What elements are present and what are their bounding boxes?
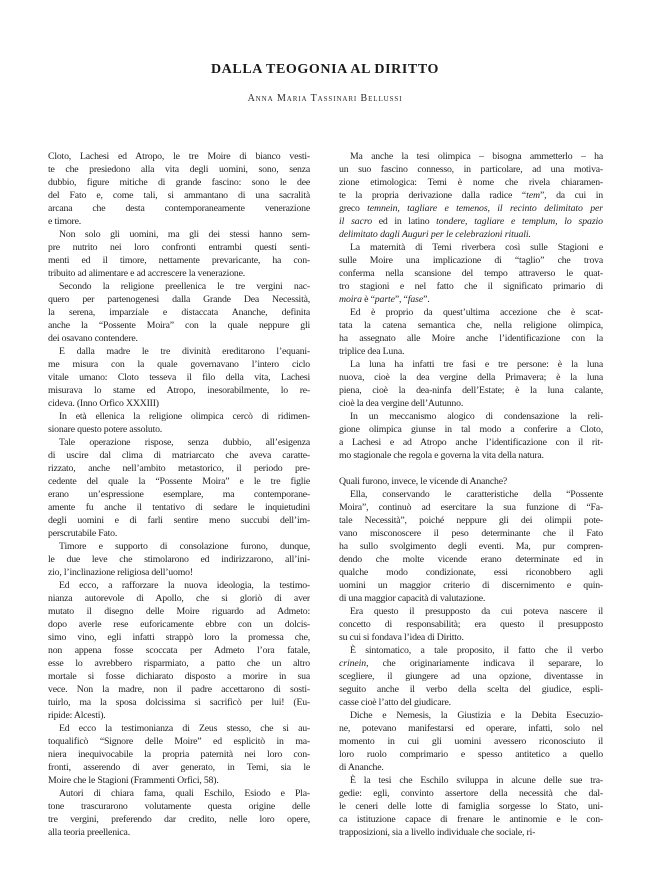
text-line: gedie: egli, convinto assertore della ne… [339, 787, 603, 800]
text-line: amente fu anche il tentativo di sedare l… [48, 501, 310, 514]
text-line: Moire che le Stagioni (Frammenti Orfici,… [48, 774, 310, 787]
text-line: tata la catena semantica che, nella reli… [339, 319, 603, 332]
page-title: DALLA TEOGONIA AL DIRITTO [0, 62, 650, 78]
text-line: cedente del quale la “Possente Moira” e … [48, 475, 310, 488]
text-line: di Ananche. [339, 761, 603, 774]
text-line: di una maggior capacità di valutazione. [339, 592, 603, 605]
text-line: ripide: Alcesti). [48, 709, 310, 722]
text-line: scegliere, il giungere ad una opzione, d… [339, 670, 603, 683]
text-line: mo stagionale che regola e governa la vi… [339, 449, 603, 462]
text-line: Ed ecco, a rafforzare la nuova ideologia… [48, 579, 310, 592]
text-line: vitale umano: Cloto tesseva il filo dell… [48, 371, 310, 384]
paragraph: Secondo la religione preellenica le tre … [48, 280, 310, 345]
text-line: e timore. [48, 215, 310, 228]
text-line: moira è “parte”, “fase”. [339, 293, 603, 306]
author-byline: Anna Maria Tassinari Bellussi [0, 93, 650, 104]
text-line: loro ruolo comprimario e spesso antiteti… [339, 748, 603, 761]
text-line: Non solo gli uomini, ma gli dei stessi h… [48, 228, 310, 241]
text-line: tone trascurarono volutamente questa ori… [48, 800, 310, 813]
paragraph: Ella, conservando le caratteristiche del… [339, 488, 603, 605]
text-line: te che presiedono alla vita degli uomini… [48, 163, 310, 176]
text-line: niera inequivocabile la propria paternit… [48, 748, 310, 761]
text-line: un suo fascino connesso, in particolare,… [339, 163, 603, 176]
paragraph: Autori di chiara fama, quali Eschilo, Es… [48, 787, 310, 839]
text-line: Moira”, continuò ad esercitare la sua fu… [339, 501, 603, 514]
text-line: momento in cui gli uomini avessero ricon… [339, 735, 603, 748]
text-line: zio, l’inclinazione religiosa dell’uomo! [48, 566, 310, 579]
text-line: È sintomatico, a tale proposito, il fatt… [339, 644, 603, 657]
text-line: gione olimpica giunse in tal modo a conf… [339, 423, 603, 436]
text-line: la serena, imparziale e distaccata Ananc… [48, 306, 310, 319]
text-line: qualche modo condizionate, essi riconobb… [339, 566, 603, 579]
text-line: simo vino, egli infatti strappò loro la … [48, 631, 310, 644]
text-line: su cui si fondava l’idea di Diritto. [339, 631, 603, 644]
text-line: cioè la dea vergine dell’Autunno. [339, 397, 603, 410]
paragraph: La maternità di Temi riverbera così sull… [339, 241, 603, 306]
text-line: tre vergini, preferendo dar credito, nel… [48, 813, 310, 826]
text-line: La luna ha infatti tre fasi e tre person… [339, 358, 603, 371]
paragraph: E dalla madre le tre divinità ereditaron… [48, 345, 310, 410]
text-line: Timore e supporto di consolazione furono… [48, 540, 310, 553]
paragraph: In un meccanismo alogico di condensazion… [339, 410, 603, 462]
text-line: Cloto, Lachesi ed Atropo, le tre Moire d… [48, 150, 310, 163]
text-line: degli uomini e di farli sentire meno suc… [48, 514, 310, 527]
text-line: sionare questo potere assoluto. [48, 423, 310, 436]
text-line: trapposizioni, sia a livello individuale… [339, 826, 603, 839]
text-line: pre nutrito nei loro confronti entrambi … [48, 241, 310, 254]
text-line: arcana che desta contemporaneamente vene… [48, 202, 310, 215]
text-line: Quali furono, invece, le vicende di Anan… [339, 475, 603, 488]
text-line: E dalla madre le tre divinità ereditaron… [48, 345, 310, 358]
text-line: nuova, cioè la dea vergine della Primave… [339, 371, 603, 384]
text-line: me misura con la quale governavano l’int… [48, 358, 310, 371]
paragraph: Ma anche la tesi olimpica – bisogna amme… [339, 150, 603, 241]
paragraph: Ed è proprio da quest’ultima accezione c… [339, 306, 603, 358]
text-line: tribuito ad alimentare e ad accrescere l… [48, 267, 310, 280]
text-line: ca istituzione capace di frenare le anti… [339, 813, 603, 826]
paragraph: La luna ha infatti tre fasi e tre person… [339, 358, 603, 410]
column-left: Cloto, Lachesi ed Atropo, le tre Moire d… [48, 150, 310, 839]
paragraph: È sintomatico, a tale proposito, il fatt… [339, 644, 603, 709]
text-line: Ella, conservando le caratteristiche del… [339, 488, 603, 501]
text-line: uomini un maggior criterio di discernime… [339, 579, 603, 592]
text-line: tale Necessità”, poiché neppure gli dei … [339, 514, 603, 527]
text-line: mortale si fosse dichiarato disposto a m… [48, 670, 310, 683]
text-columns: Cloto, Lachesi ed Atropo, le tre Moire d… [48, 150, 603, 839]
text-line: te la propria derivazione dalla radice “… [339, 189, 603, 202]
text-line: In un meccanismo alogico di condensazion… [339, 410, 603, 423]
text-line: nianza autorevole di Apollo, che si glor… [48, 592, 310, 605]
text-line: Secondo la religione preellenica le tre … [48, 280, 310, 293]
text-line: erano un’espressione esemplare, ma conte… [48, 488, 310, 501]
text-line: dei osavano contendere. [48, 332, 310, 345]
text-line: esse lo avrebbero risparmiato, a patto c… [48, 657, 310, 670]
text-line: conferma nella scansione del tempo attra… [339, 267, 603, 280]
text-line: crinein, che originariamente indicava il… [339, 657, 603, 670]
text-line: rizzato, anche nell’ambito metastorico, … [48, 462, 310, 475]
text-line: triplice dea Luna. [339, 345, 603, 358]
text-line: vece. Non la madre, non il padre accetta… [48, 683, 310, 696]
document-page: DALLA TEOGONIA AL DIRITTO Anna Maria Tas… [0, 0, 650, 881]
text-line: Ed è proprio da quest’ultima accezione c… [339, 306, 603, 319]
text-line: zione etimologica: Temi è nome che rivel… [339, 176, 603, 189]
paragraph: Ed ecco la testimonianza di Zeus stesso,… [48, 722, 310, 787]
text-line: casse cioè l’atto del giudicare. [339, 696, 603, 709]
text-line: La maternità di Temi riverbera così sull… [339, 241, 603, 254]
text-line: Tale operazione rispose, senza dubbio, a… [48, 436, 310, 449]
text-line: ne, potevano manifestarsi ed operare, in… [339, 722, 603, 735]
text-line: il sacro ed in latino tondere, tagliare … [339, 215, 603, 228]
paragraph: Non solo gli uomini, ma gli dei stessi h… [48, 228, 310, 280]
paragraph: Timore e supporto di consolazione furono… [48, 540, 310, 579]
text-line: vano misconoscere il peso determinante c… [339, 527, 603, 540]
text-line: tro stagioni e nel fatto che il signific… [339, 280, 603, 293]
text-line: le due leve che stimolarono ed indirizza… [48, 553, 310, 566]
text-line: dendo che molte vicende erano determinat… [339, 553, 603, 566]
text-line: dubbio, figure mitiche di grande fascino… [48, 176, 310, 189]
text-line: È la tesi che Eschilo sviluppa in alcune… [339, 774, 603, 787]
text-line: Era questo il presupposto da cui poteva … [339, 605, 603, 618]
text-line: cideva. (Inno Orfico XXXIII) [48, 397, 310, 410]
text-line: perscrutabile Fato. [48, 527, 310, 540]
text-line: sulle Moire una implicazione di “taglio”… [339, 254, 603, 267]
text-line: del Fato e, come tali, si ammantano di u… [48, 189, 310, 202]
text-line: delimitato dagli Auguri per le celebrazi… [339, 228, 603, 241]
text-line: misurava lo stame ed Atropo, inesorabilm… [48, 384, 310, 397]
text-line: ha assegnato alle Moire anche l’identifi… [339, 332, 603, 345]
text-line: alla teoria preellenica. [48, 826, 310, 839]
paragraph: Era questo il presupposto da cui poteva … [339, 605, 603, 644]
text-line: In età ellenica la religione olimpica ce… [48, 410, 310, 423]
paragraph: Ed ecco, a rafforzare la nuova ideologia… [48, 579, 310, 722]
text-line: Autori di chiara fama, quali Eschilo, Es… [48, 787, 310, 800]
text-line: greco temnein, tagliare e temenos, il re… [339, 202, 603, 215]
paragraph: È la tesi che Eschilo sviluppa in alcune… [339, 774, 603, 839]
paragraph: Cloto, Lachesi ed Atropo, le tre Moire d… [48, 150, 310, 228]
text-line: menti ed il timore, nettamente prevarica… [48, 254, 310, 267]
paragraph: Diche e Nemesis, la Giustizia e la Debit… [339, 709, 603, 774]
column-right: Ma anche la tesi olimpica – bisogna amme… [339, 150, 603, 839]
text-line: concetto di responsabilità; era questo i… [339, 618, 603, 631]
text-line: non appena fosse scoccata per Admeto l’o… [48, 644, 310, 657]
paragraph: Tale operazione rispose, senza dubbio, a… [48, 436, 310, 540]
text-line: di uscire dal clima di matriarcato che a… [48, 449, 310, 462]
text-line: seguito anche il verbo della scelta del … [339, 683, 603, 696]
text-line: le ceneri delle lotte di famiglia sorges… [339, 800, 603, 813]
text-line: tuirlo, ma la sposa dolcissima si sacrif… [48, 696, 310, 709]
paragraph: In età ellenica la religione olimpica ce… [48, 410, 310, 436]
text-line: Diche e Nemesis, la Giustizia e la Debit… [339, 709, 603, 722]
text-line: a Lachesi e ad Atropo anche l’identifica… [339, 436, 603, 449]
paragraph: Quali furono, invece, le vicende di Anan… [339, 475, 603, 488]
text-line: Ma anche la tesi olimpica – bisogna amme… [339, 150, 603, 163]
text-line: ha sullo svolgimento degli eventi. Ma, p… [339, 540, 603, 553]
text-line: dopo averle rese euforicamente ebbre con… [48, 618, 310, 631]
text-line: quero per partenogenesi dalla Grande Dea… [48, 293, 310, 306]
text-line: piena, cioè la dea-ninfa dell’Estate; è … [339, 384, 603, 397]
text-line: mutato il disegno delle Moire riguardo a… [48, 605, 310, 618]
text-line: anche la “Possente Moira” con la quale n… [48, 319, 310, 332]
text-line: fronti, asserendo di aver generato, in T… [48, 761, 310, 774]
text-line: toqualificò “Signore delle Moire” ed esp… [48, 735, 310, 748]
text-line: Ed ecco la testimonianza di Zeus stesso,… [48, 722, 310, 735]
